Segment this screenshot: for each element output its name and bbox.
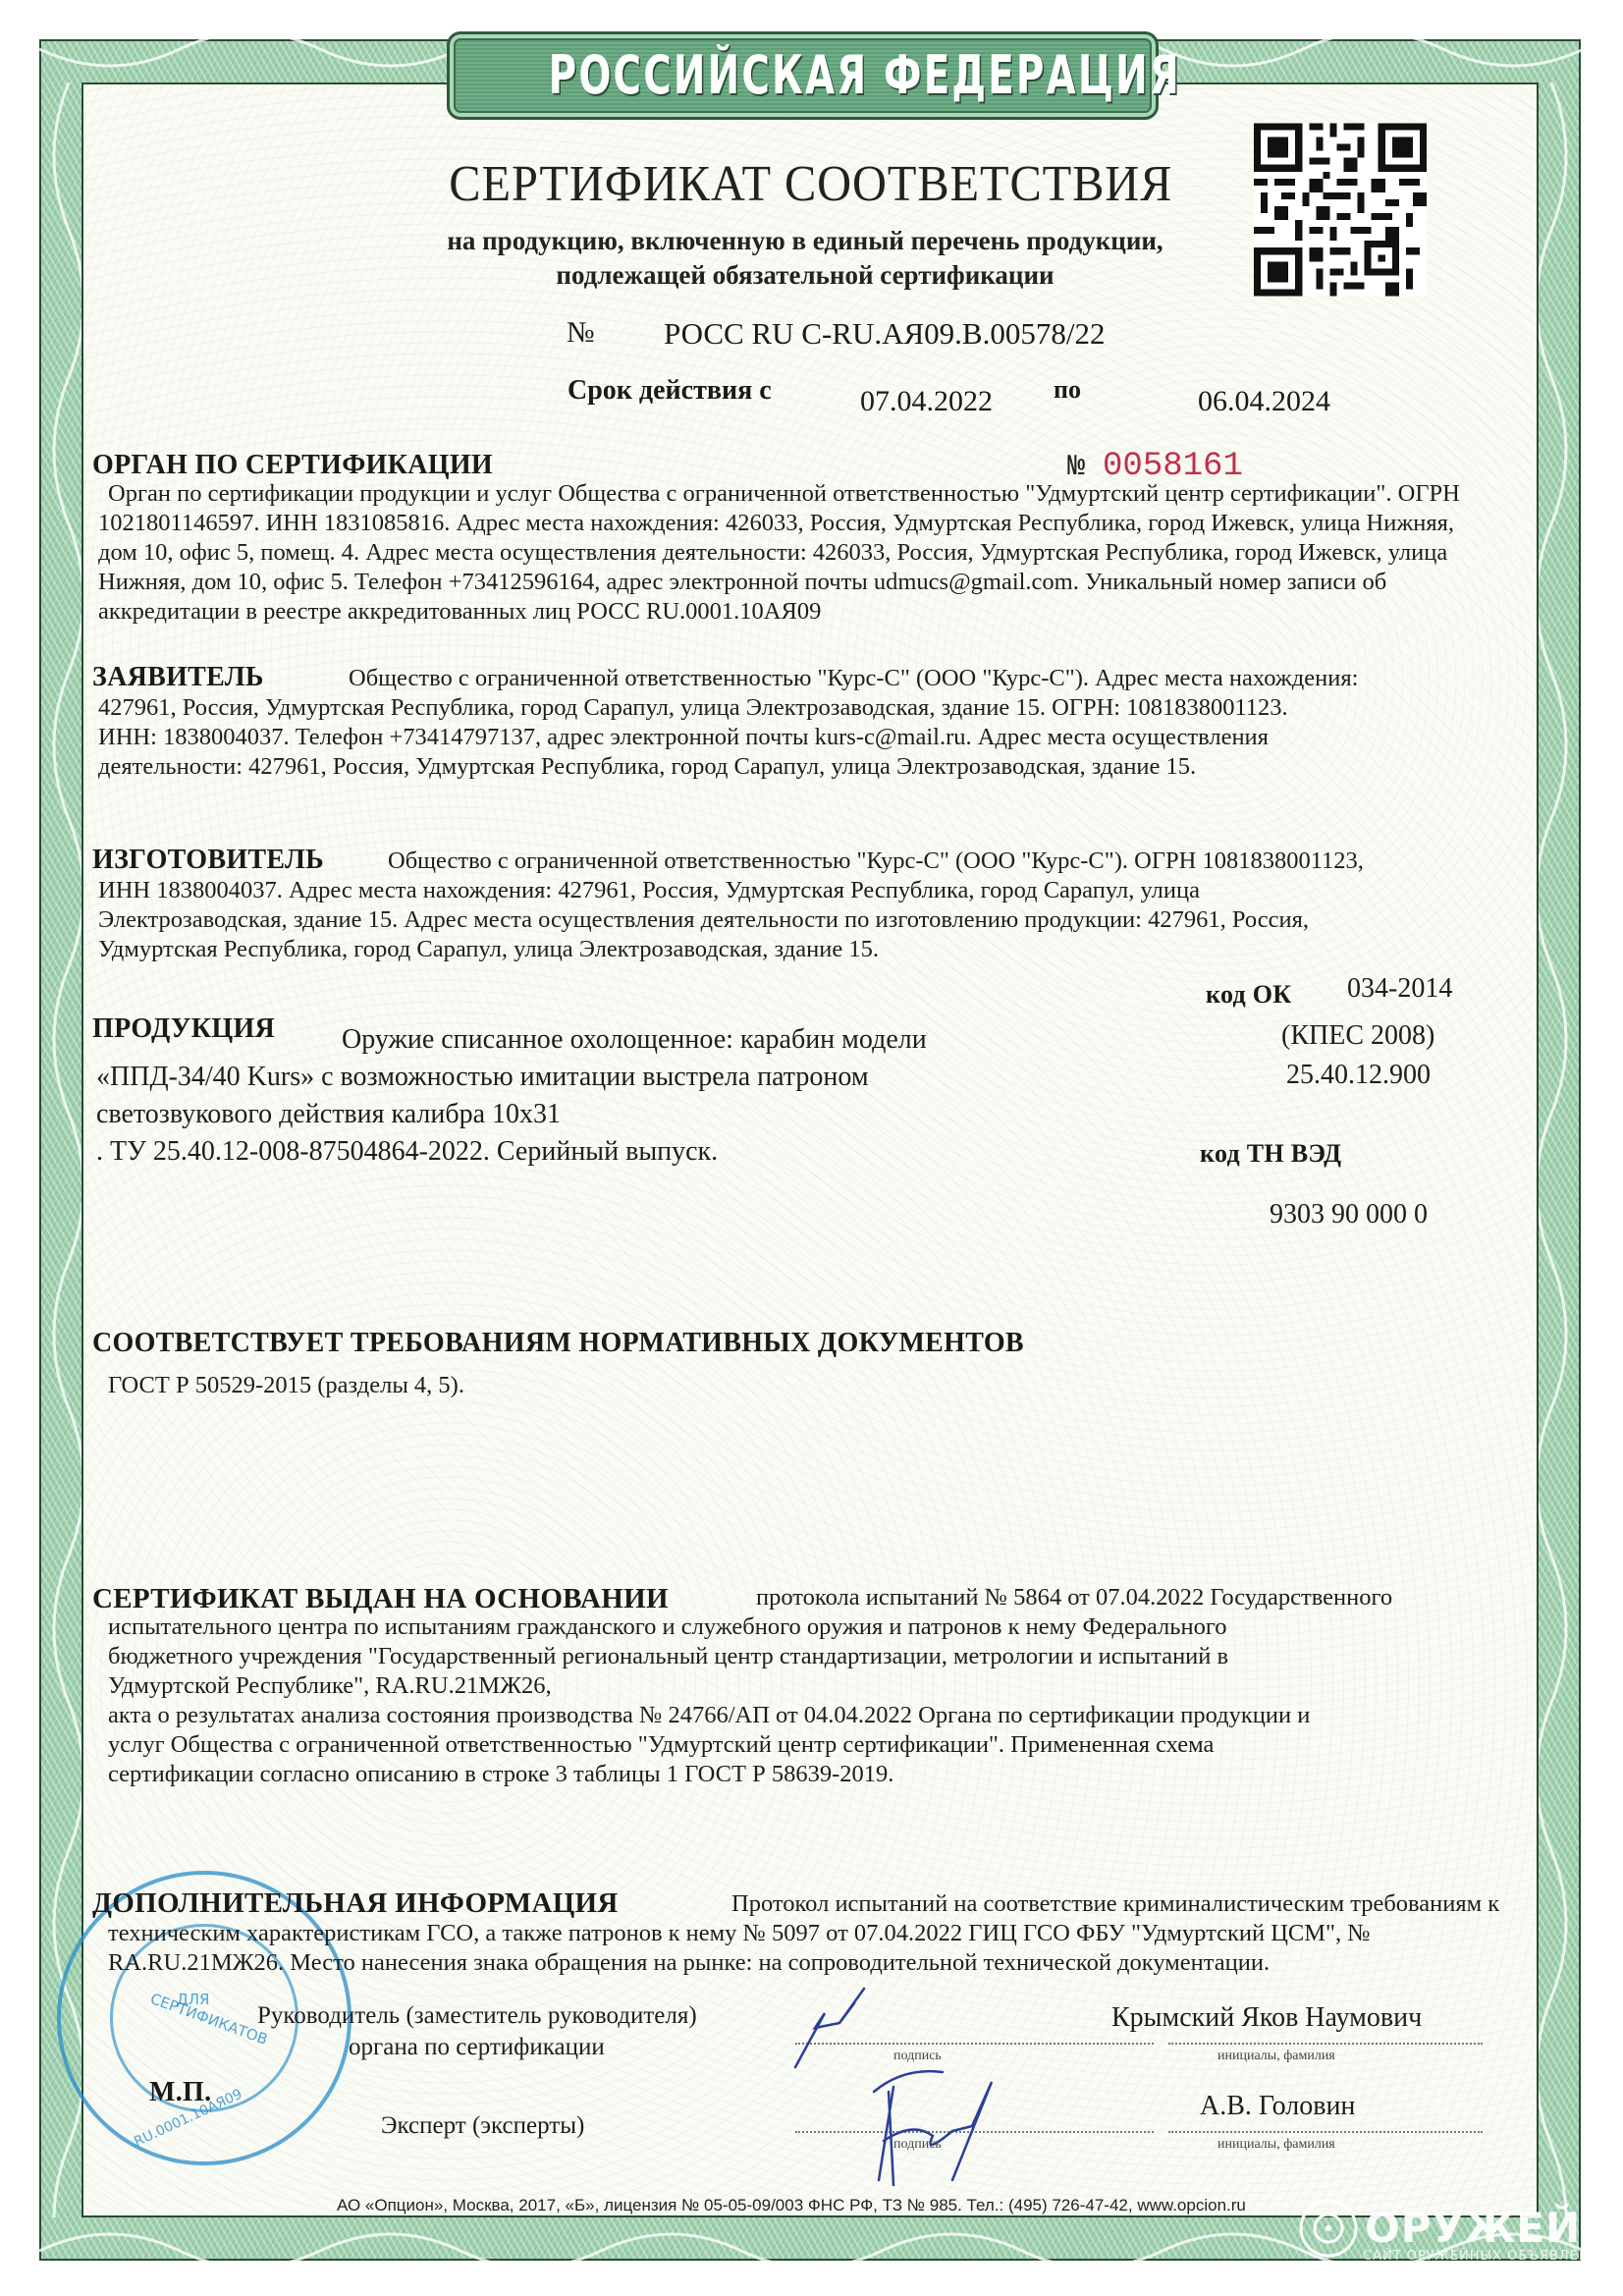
ok-code-standard: 034-2014 [1347,974,1452,1004]
section-heading-certification-body: ОРГАН ПО СЕРТИФИКАЦИИ [92,450,493,481]
additional-info-line-2: RA.RU.21МЖ26. Место нанесения знака обра… [108,1948,1270,1978]
tnved-code-label: код ТН ВЭД [1200,1139,1341,1169]
section-heading-product: ПРОДУКЦИЯ [92,1013,275,1045]
certificate-number: РОСС RU C-RU.АЯ09.В.00578/22 [664,316,1105,352]
expert-name: А.В. Головин [1200,2092,1355,2121]
issued-basis-first-line: протокола испытаний № 5864 от 07.04.2022… [756,1583,1392,1613]
document-title: СЕРТИФИКАТ СООТВЕТСТВИЯ [449,155,1161,213]
head-role-label-line-1: Руководитель (заместитель руководителя) [257,2001,697,2031]
banner-title: РОССИЙСКАЯ ФЕДЕРАЦИЯ [549,44,1057,106]
tnved-code-value: 9303 90 000 0 [1270,1200,1428,1230]
printer-footer: АО «Опцион», Москва, 2017, «Б», лицензия… [337,2196,1246,2215]
valid-to-date: 06.04.2024 [1198,385,1330,418]
section-heading-issued-basis: СЕРТИФИКАТ ВЫДАН НА ОСНОВАНИИ [92,1583,669,1615]
country-banner: РОССИЙСКАЯ ФЕДЕРАЦИЯ [447,31,1159,120]
manufacturer-line-1: Общество с ограниченной ответственностью… [388,847,1364,876]
additional-info-line-1: техническим характеристикам ГСО, а также… [108,1919,1371,1948]
applicant-line-1: Общество с ограниченной ответственностью… [349,664,1358,693]
head-role-label-line-2: органа по сертификации [349,2033,605,2062]
manufacturer-line-4: Удмуртская Республика, город Сарапул, ул… [98,935,879,964]
head-name-caption: инициалы, фамилия [1217,2049,1335,2064]
ok-code-label: код ОК [1206,980,1291,1010]
manufacturer-line-3: Электрозаводская, здание 15. Адрес места… [98,905,1309,935]
section-heading-additional-info: ДОПОЛНИТЕЛЬНАЯ ИНФОРМАЦИЯ [92,1887,619,1920]
watermark-brand: ОРУЖЕЙКА [1365,2204,1623,2252]
applicant-line-3: ИНН: 1838004037. Телефон +73414797137, а… [98,723,1269,752]
head-name: Крымский Яков Наумович [1111,2003,1422,2033]
issued-basis-line-6: сертификации согласно описанию в строке … [108,1760,893,1789]
watermark-tagline: САЙТ ОРУЖЕЙНЫХ ОБЪЯВЛЕНИЙ [1363,2249,1610,2264]
expert-role-label: Эксперт (эксперты) [381,2111,584,2141]
valid-from-date: 07.04.2022 [860,385,993,418]
section-heading-manufacturer: ИЗГОТОВИТЕЛЬ [92,845,324,876]
subtitle-line-1: на продукцию, включенную в единый перече… [412,226,1198,256]
valid-to-label: по [1054,375,1081,405]
subtitle-line-2: подлежащей обязательной сертификации [412,260,1198,291]
expert-signature-icon [835,2062,1011,2200]
expert-name-caption: инициалы, фамилия [1217,2137,1335,2153]
expert-name-line [1168,2131,1483,2133]
certification-body-line-3: дом 10, офис 5, помещ. 4. Адрес места ос… [98,538,1447,568]
guilloche-right-icon [1539,82,1581,2217]
head-signature-icon [785,1984,923,2072]
validity-label: Срок действия с [568,375,772,407]
conformity-standard: ГОСТ Р 50529-2015 (разделы 4, 5). [108,1371,464,1400]
additional-info-first-line: Протокол испытаний на соответствие крими… [731,1889,1499,1919]
head-name-line [1168,2043,1483,2045]
target-icon [1298,2198,1359,2259]
ok-code-value: 25.40.12.900 [1286,1061,1431,1090]
certification-body-line-1: Орган по сертификации продукции и услуг … [108,479,1460,509]
issued-basis-line-2: бюджетного учреждения "Государственный р… [108,1642,1228,1671]
issued-basis-line-1: испытательного центра по испытаниям граж… [108,1613,1227,1642]
certification-body-line-4: Нижняя, дом 10, офис 5. Телефон +7341259… [98,568,1386,597]
qr-code-icon [1254,123,1427,297]
section-heading-conformity: СООТВЕТСТВУЕТ ТРЕБОВАНИЯМ НОРМАТИВНЫХ ДО… [92,1328,1024,1359]
issued-basis-line-3: Удмуртской Республике", RA.RU.21МЖ26, [108,1671,552,1701]
product-line-2: «ППД-34/40 Kurs» с возможностью имитации… [96,1063,869,1092]
certificate-number-label: № [567,316,595,350]
applicant-line-2: 427961, Россия, Удмуртская Республика, г… [98,693,1288,723]
ok-code-kpes: (КПЕС 2008) [1281,1021,1434,1051]
manufacturer-line-2: ИНН 1838004037. Адрес места нахождения: … [98,876,1200,905]
issued-basis-line-4: акта о результатах анализа состояния про… [108,1701,1310,1730]
seal-place-label: М.П. [149,2077,211,2108]
guilloche-left-icon [39,82,81,2217]
certification-body-line-5: аккредитации в реестре аккредитованных л… [98,597,821,627]
issued-basis-line-5: услуг Общества с ограниченной ответствен… [108,1730,1214,1760]
product-line-4: . ТУ 25.40.12-008-87504864-2022. Серийны… [96,1137,718,1167]
product-line-1: Оружие списанное охолощенное: карабин мо… [342,1025,927,1055]
certification-body-line-2: 1021801146597. ИНН 1831085816. Адрес мес… [98,509,1454,538]
applicant-line-4: деятельности: 427961, Россия, Удмуртская… [98,752,1196,782]
product-line-3: светозвукового действия калибра 10х31 [96,1100,561,1129]
section-heading-applicant: ЗАЯВИТЕЛЬ [92,662,264,693]
